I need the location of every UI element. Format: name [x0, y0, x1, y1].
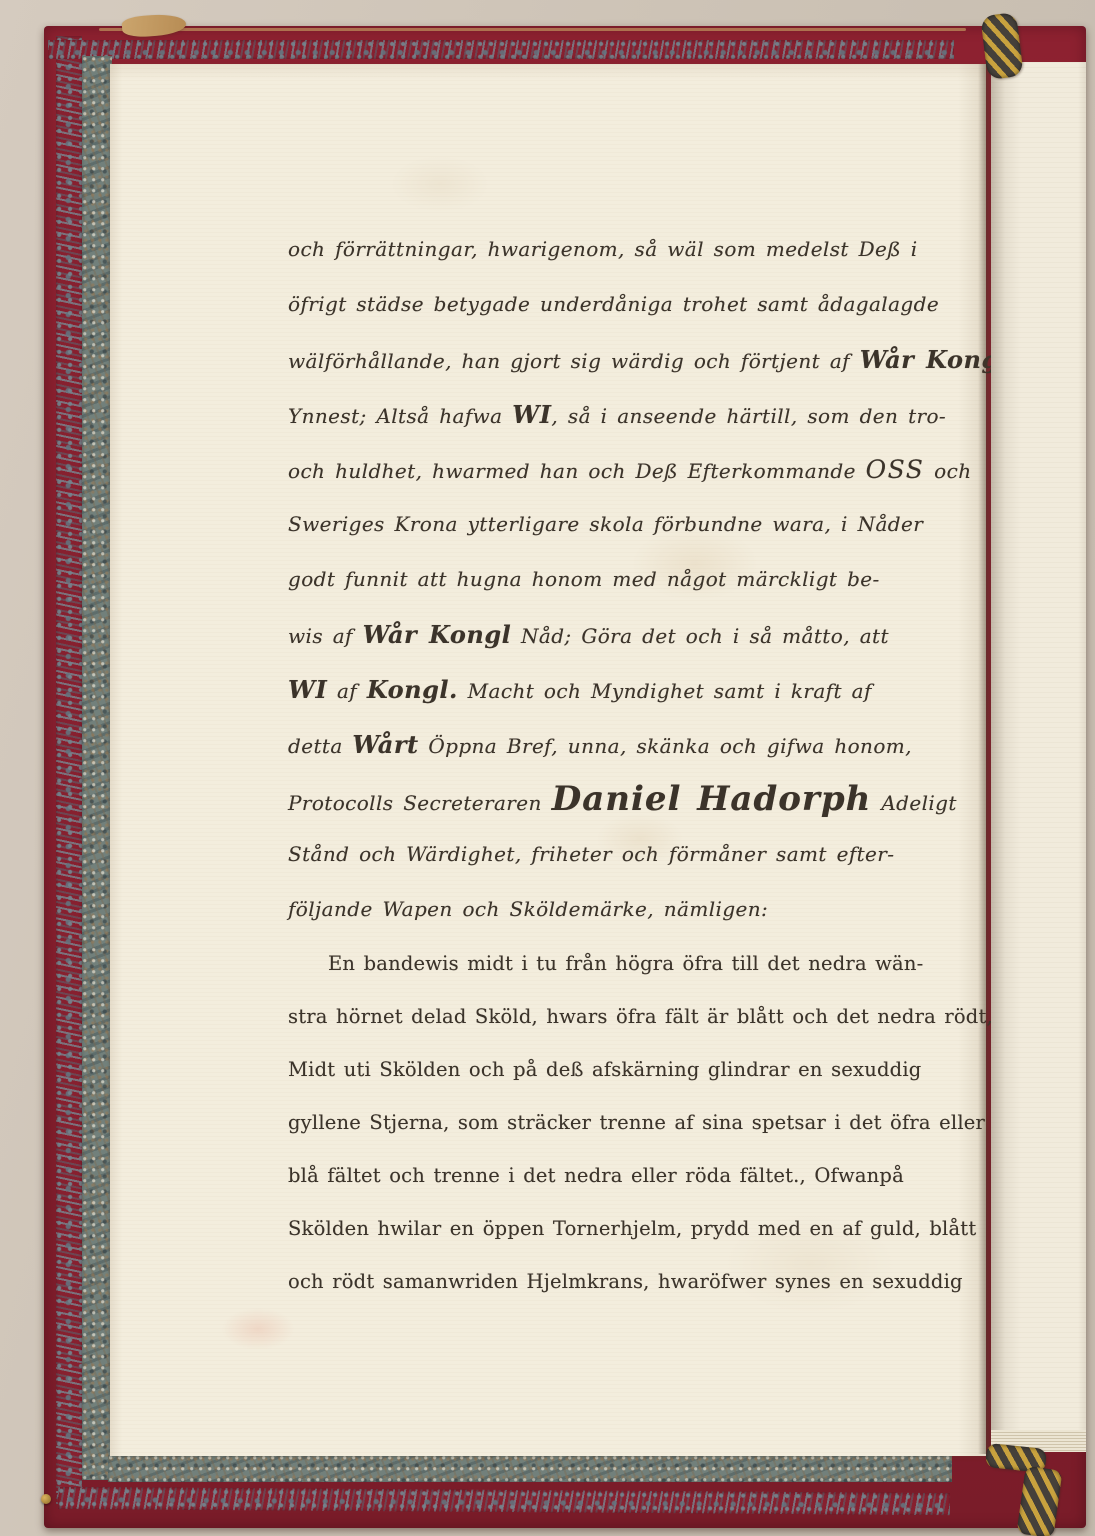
headband-cord — [980, 12, 1024, 80]
manuscript-line: Ynnest; Altså hafwa WI, så i anseende hä… — [288, 387, 988, 442]
text-segment: Sweriges Krona ytterligare skola förbund… — [288, 512, 923, 536]
manuscript-text-block: och förrättningar, hwarigenom, så wäl so… — [288, 222, 988, 1308]
facing-page — [991, 62, 1086, 1450]
text-segment: godt funnit att hugna honom med något mä… — [288, 567, 880, 591]
text-segment: öfrigt städse betygade underdåniga trohe… — [288, 292, 939, 316]
manuscript-line: Skölden hwilar en öppen Tornerhjelm, pry… — [288, 1202, 988, 1255]
text-segment: WI — [512, 400, 551, 429]
marbled-paper-band-left — [82, 56, 112, 1480]
manuscript-line: och huldhet, hwarmed han och Deß Efterko… — [288, 442, 988, 497]
text-segment: gyllene Stjerna, som sträcker trenne af … — [288, 1111, 985, 1134]
manuscript-line: Stånd och Wärdighet, friheter och förmån… — [288, 827, 988, 882]
text-segment: , så i anseende härtill, som den tro- — [551, 404, 946, 428]
brass-clasp-pin — [41, 1494, 51, 1504]
text-segment: blå fältet och trenne i det nedra eller … — [288, 1164, 904, 1187]
text-segment: och huldhet, hwarmed han och Deß Efterko… — [288, 459, 866, 483]
text-segment: Macht och Myndighet samt i kraft af — [458, 679, 872, 703]
text-segment: En bandewis midt i tu från högra öfra ti… — [328, 952, 923, 975]
text-segment: Skölden hwilar en öppen Tornerhjelm, pry… — [288, 1217, 976, 1240]
text-segment: följande Wapen och Sköldemärke, nämligen… — [288, 897, 768, 921]
text-segment: Kongl. — [367, 675, 458, 704]
manuscript-line: WI af Kongl. Macht och Myndighet samt i … — [288, 662, 988, 717]
text-segment: wis af — [288, 624, 363, 648]
text-segment: Stånd och Wärdighet, friheter och förmån… — [288, 842, 894, 866]
leather-tooling-band-top — [48, 40, 954, 59]
text-segment: wälförhållande, han gjort sig wärdig och… — [288, 349, 860, 373]
text-segment: Ynnest; Altså hafwa — [288, 404, 512, 428]
manuscript-line: följande Wapen och Sköldemärke, nämligen… — [288, 882, 988, 937]
gutter-shadow — [978, 64, 992, 1454]
manuscript-line: stra hörnet delad Sköld, hwars öfra fält… — [288, 990, 988, 1043]
ennobled-name: Daniel Hadorph — [542, 779, 882, 819]
text-segment: Protocolls Secreteraren — [288, 791, 542, 815]
text-segment: af — [327, 679, 367, 703]
manuscript-line: och rödt samanwriden Hjelmkrans, hwaröfw… — [288, 1255, 988, 1308]
text-segment: stra hörnet delad Sköld, hwars öfra fält… — [288, 1005, 993, 1028]
manuscript-line: Sweriges Krona ytterligare skola förbund… — [288, 497, 988, 552]
text-segment: och — [924, 459, 971, 483]
text-segment: Öppna Bref, unna, skänka och gifwa honom… — [419, 734, 912, 758]
text-segment: detta — [288, 734, 352, 758]
text-segment: Wårt — [352, 730, 418, 759]
manuscript-line: wis af Wår Kongl Nåd; Göra det och i så … — [288, 607, 988, 662]
text-segment: Wår Kongl — [363, 620, 512, 649]
manuscript-line: wälförhållande, han gjort sig wärdig och… — [288, 332, 988, 387]
manuscript-line: gyllene Stjerna, som sträcker trenne af … — [288, 1096, 988, 1149]
text-segment: och rödt samanwriden Hjelmkrans, hwaröfw… — [288, 1270, 963, 1293]
text-segment: Adeligt — [881, 791, 957, 815]
manuscript-line: blå fältet och trenne i det nedra eller … — [288, 1149, 988, 1202]
text-segment: OSS — [866, 455, 925, 484]
manuscript-line: godt funnit att hugna honom med något mä… — [288, 552, 988, 607]
manuscript-line: En bandewis midt i tu från högra öfra ti… — [288, 937, 988, 990]
manuscript-page: och förrättningar, hwarigenom, så wäl so… — [110, 64, 986, 1456]
text-segment: Midt uti Skölden och på deß afskärning g… — [288, 1058, 921, 1081]
manuscript-line: Protocolls SecreterarenDaniel HadorphAde… — [288, 772, 988, 827]
photo-backdrop: och förrättningar, hwarigenom, så wäl so… — [0, 0, 1095, 1536]
manuscript-line: detta Wårt Öppna Bref, unna, skänka och … — [288, 717, 988, 772]
manuscript-line: öfrigt städse betygade underdåniga trohe… — [288, 277, 988, 332]
leather-tooling-band-left — [56, 36, 82, 1504]
text-segment: Nåd; Göra det och i så måtto, att — [511, 624, 889, 648]
text-segment: och förrättningar, hwarigenom, så wäl so… — [288, 237, 918, 261]
manuscript-line: Midt uti Skölden och på deß afskärning g… — [288, 1043, 988, 1096]
text-segment: WI — [288, 675, 327, 704]
marbled-paper-band-bottom — [108, 1455, 952, 1482]
manuscript-line: och förrättningar, hwarigenom, så wäl so… — [288, 222, 988, 277]
